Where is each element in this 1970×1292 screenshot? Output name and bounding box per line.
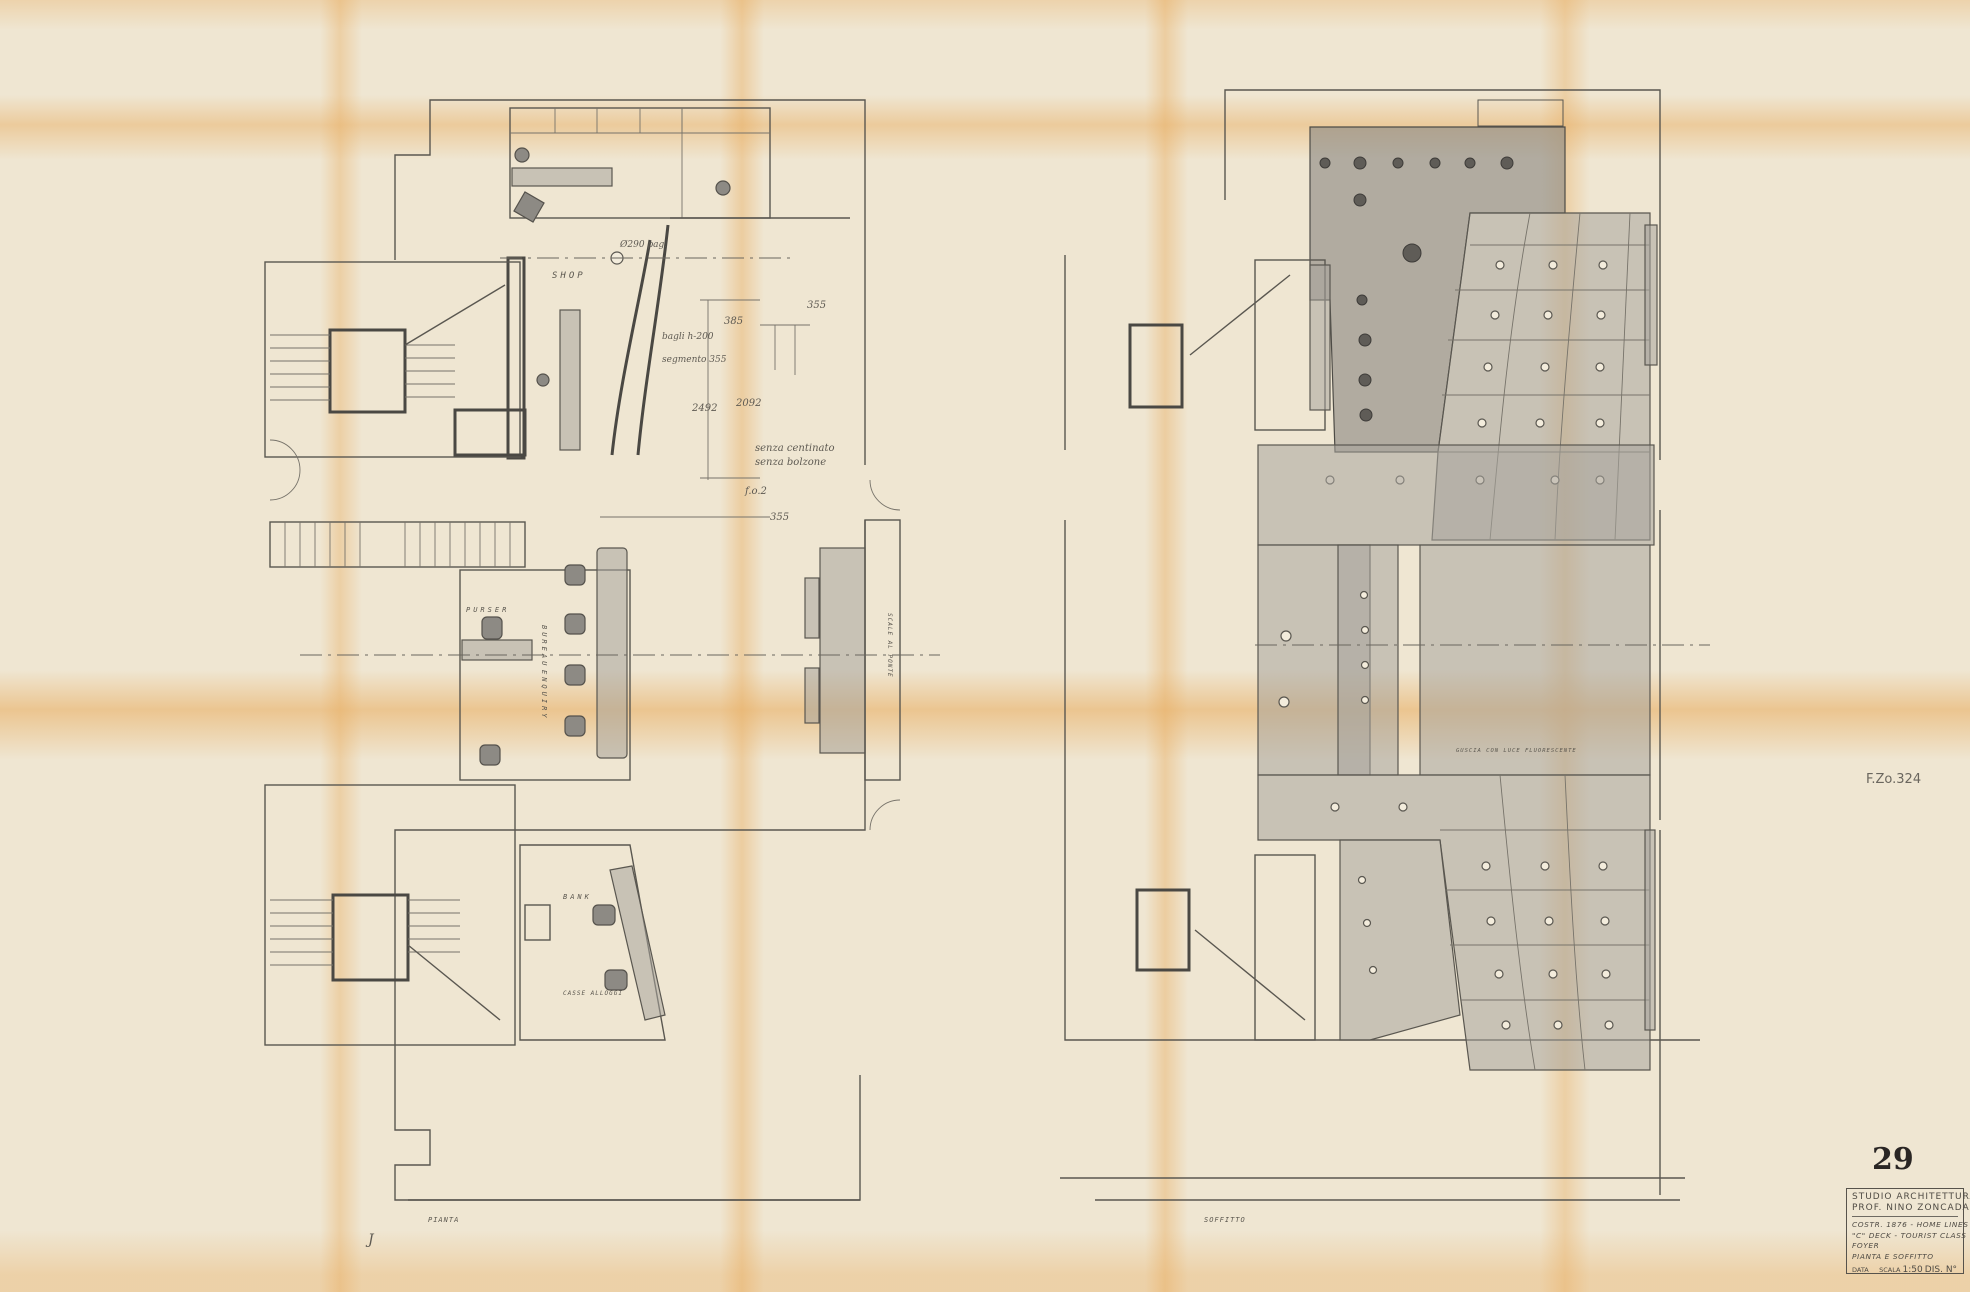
title-block-divider [1852,1216,1958,1217]
room-label-bureau: BUREAU [540,625,548,668]
stairs-note: SCALE AL PONTE [886,613,893,678]
note-fr: f.o.2 [745,486,767,497]
studio-professor: PROF. NINO ZONCADA [1852,1203,1958,1214]
note-senza: senza centinato senza bolzone [755,442,850,470]
dim-385: 385 [724,316,743,327]
corner-mark: J [368,1232,374,1248]
dim-2492: 2492 [692,403,717,414]
column-annotation: Ø290 pag. [620,240,667,250]
ceiling-note: GUSCIA CON LUCE FLUORESCENTE [1456,748,1577,754]
room-label-purser: PURSER [466,606,509,614]
title-block: STUDIO ARCHITETTURA PROF. NINO ZONCADA C… [1846,1188,1964,1274]
scale-label: SCALA [1879,1266,1900,1274]
project-line-1: COSTR. 1876 - HOME LINES [1852,1220,1958,1231]
room-label-enquiry: ENQUIRY [540,670,548,721]
note-h200: bagli h-200 [662,332,714,342]
note-segmento: segmento 355 [662,355,726,365]
drawing-no-label: DIS. N° [1925,1265,1957,1275]
view-caption-soffitto: SOFFITTO [1204,1216,1246,1224]
archive-code: F.Zo.324 [1866,772,1921,787]
dim-355-mid: 355 [770,512,789,523]
room-label-shop: SHOP [552,271,586,281]
scale-value: 1:50 [1903,1265,1923,1275]
title-block-footer: DATA SCALA 1:50 DIS. N° [1852,1265,1958,1275]
dim-355-top: 355 [807,300,826,311]
view-caption-pianta: PIANTA [428,1216,459,1224]
project-line-2: "C" DECK - TOURIST CLASS [1852,1231,1958,1242]
sheet-number: 29 [1872,1142,1914,1177]
room-label-bank: BANK [563,893,592,901]
room-label-deposit: CASSE ALLOGGI [563,990,623,997]
dim-2092: 2092 [736,398,761,409]
project-line-3: FOYER [1852,1241,1958,1252]
ceiling-view [1060,90,1710,1200]
studio-name: STUDIO ARCHITETTURA [1852,1192,1958,1203]
plan-view [265,100,940,1200]
floor-plan-drawing [0,0,1970,1292]
data-label: DATA [1852,1266,1869,1274]
project-line-4: PIANTA E SOFFITTO [1852,1252,1958,1263]
